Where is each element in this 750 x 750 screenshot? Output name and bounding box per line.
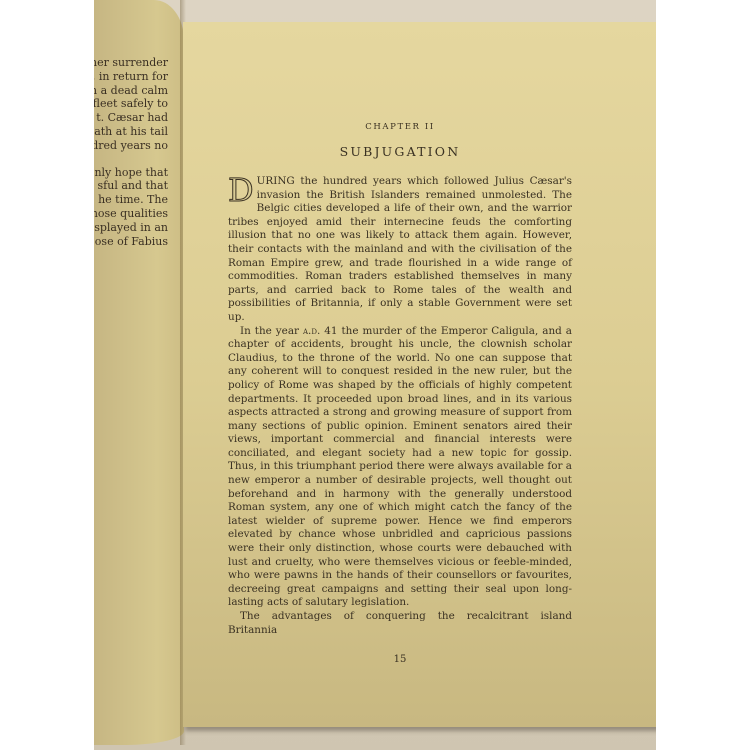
left-line: fleet safely to — [94, 97, 168, 111]
left-paragraph-gap — [94, 153, 168, 166]
left-line: hose qualities — [94, 207, 168, 221]
left-line: dred years no — [94, 139, 168, 153]
page-content: CHAPTER II SUBJUGATION DURING the hundre… — [228, 122, 572, 637]
left-line: ose of Fabius — [94, 235, 168, 249]
chapter-label: CHAPTER II — [228, 122, 572, 132]
left-line: splayed in an — [94, 221, 168, 235]
drop-cap: D — [228, 177, 254, 204]
year-smallcaps: a.d. 41 — [303, 325, 338, 337]
left-line: he time. The — [94, 193, 168, 207]
book-photo: ther surrender , in return for n a dead … — [94, 0, 656, 750]
left-line: ath at his tail — [94, 125, 168, 139]
paragraph-2-lead: In the year — [240, 325, 303, 337]
paragraph-2-text: the murder of the Emperor Caligula, and … — [228, 325, 572, 609]
paragraph-2: In the year a.d. 41 the murder of the Em… — [228, 325, 572, 610]
left-page-text: ther surrender , in return for n a dead … — [94, 56, 168, 248]
left-line: , in return for — [94, 70, 168, 84]
left-line: sful and that — [94, 179, 168, 193]
paragraph-1-text: URING the hundred years which followed J… — [228, 175, 572, 323]
left-line: nly hope that — [94, 166, 168, 180]
left-page: ther surrender , in return for n a dead … — [94, 0, 184, 745]
page-number: 15 — [228, 654, 572, 665]
left-line: ther surrender — [94, 56, 168, 70]
chapter-title: SUBJUGATION — [228, 144, 572, 159]
left-line: n a dead calm — [94, 84, 168, 98]
paragraph-3: The advantages of conquering the recalci… — [228, 610, 572, 637]
left-line: t. Cæsar had — [94, 111, 168, 125]
right-page: CHAPTER II SUBJUGATION DURING the hundre… — [183, 22, 656, 727]
paragraph-1: DURING the hundred years which followed … — [228, 175, 572, 325]
